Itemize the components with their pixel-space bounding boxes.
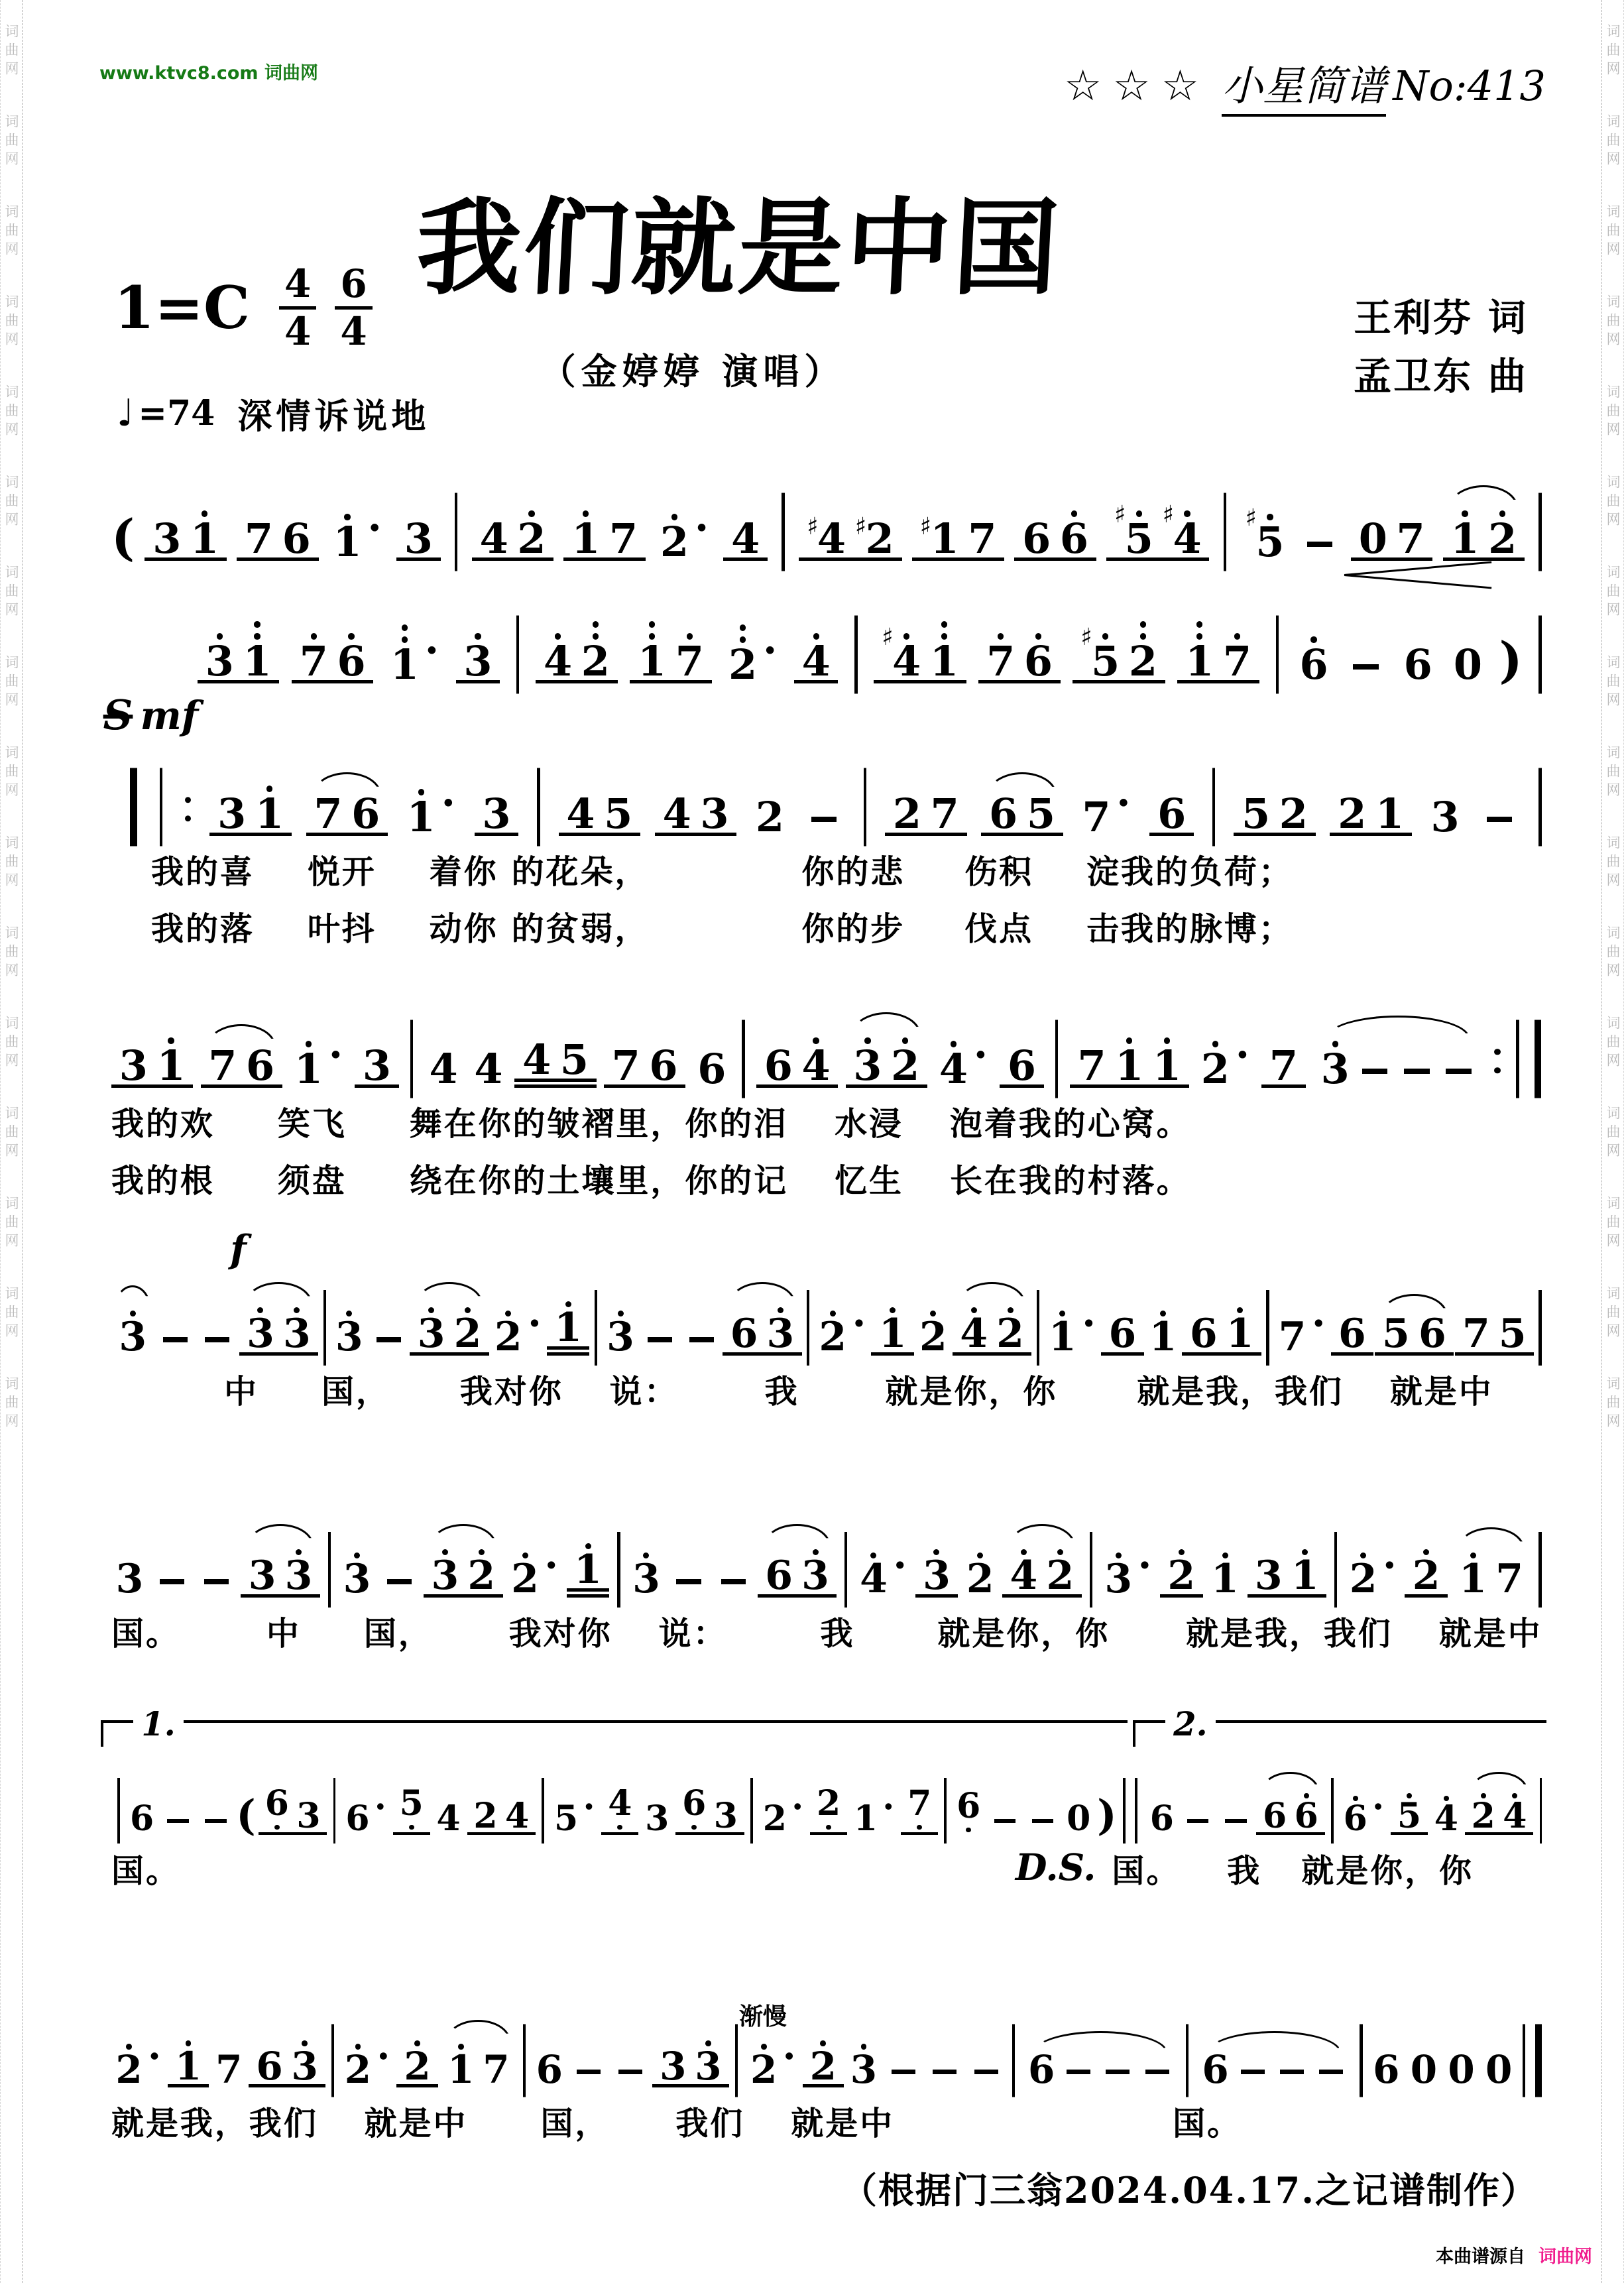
note: 3 xyxy=(801,1546,829,1594)
note: 1 xyxy=(879,1304,907,1352)
note-stack: 4 xyxy=(1434,1793,1458,1835)
time-signature-2: 64 xyxy=(335,264,372,352)
note-digit: 7 xyxy=(314,795,342,833)
note: 6 xyxy=(1190,1316,1218,1352)
note-digit: 3 xyxy=(247,1316,274,1352)
note-stack: 2 xyxy=(819,1307,846,1356)
note-stack: 4 xyxy=(437,1803,461,1835)
note-digit: 0 xyxy=(1448,2052,1474,2087)
note: 6 xyxy=(265,1788,289,1832)
note-stack: 1 xyxy=(854,1803,878,1835)
barline xyxy=(323,1290,326,1366)
barline xyxy=(331,2024,334,2097)
note-group: 4 xyxy=(723,520,768,561)
note-stack: 7 xyxy=(314,795,342,833)
note-group: 12 xyxy=(1443,508,1525,561)
note-group: 1 xyxy=(547,1298,590,1356)
dynamic-f: f xyxy=(230,1227,247,1271)
note-stack: 7 xyxy=(1279,1319,1306,1356)
dash-rest xyxy=(1307,542,1332,547)
note-digit: 1 xyxy=(854,1803,878,1835)
note-digit: 2 xyxy=(1279,795,1308,833)
note: 6 xyxy=(337,630,366,680)
note-digit: 3 xyxy=(418,1316,445,1352)
note-digit: 6 xyxy=(1344,1803,1367,1835)
note-stack: 3 xyxy=(695,2038,721,2084)
note: 6 xyxy=(764,1047,793,1084)
barline xyxy=(410,1020,413,1098)
note-digit: 1 xyxy=(333,523,362,561)
augmentation-dot: · xyxy=(882,1787,894,1828)
note-stack: 6 xyxy=(256,2049,282,2084)
note: 2· xyxy=(1350,1549,1397,1598)
lyric-segment: 须盘 xyxy=(278,1155,347,1202)
augmentation-dot: · xyxy=(974,1030,988,1079)
note: 6 xyxy=(1338,1316,1366,1352)
note-group: 3 xyxy=(355,1047,399,1088)
note-group: 31 xyxy=(209,783,291,836)
note: 2· xyxy=(819,1307,866,1356)
note-stack: 2 xyxy=(473,1800,497,1832)
note: 4 xyxy=(437,1803,461,1835)
note-group: ♯5♯4 xyxy=(1106,508,1209,561)
barline xyxy=(1535,2024,1542,2097)
lyric-segment: 伐点 xyxy=(964,904,1033,950)
note-group: 5 xyxy=(1391,1790,1428,1835)
note-digit: 1 xyxy=(1149,1319,1177,1356)
note-stack: 2 xyxy=(115,2041,142,2087)
barline xyxy=(1538,768,1541,847)
note: 0 xyxy=(1359,520,1387,557)
note: 7 xyxy=(675,630,704,680)
note-stack: 7 xyxy=(907,1788,931,1832)
barline xyxy=(1037,1290,1039,1366)
barline xyxy=(328,1532,331,1608)
note-digit: 3 xyxy=(801,1558,829,1594)
note-digit: 3 xyxy=(217,795,246,833)
note-group: 17 xyxy=(630,618,711,683)
note-digit: 0 xyxy=(1485,2052,1512,2087)
note: 6 xyxy=(1108,1316,1136,1352)
note-digit: 2 xyxy=(494,1319,522,1356)
note: 2 xyxy=(467,1546,495,1594)
note-stack: 3 xyxy=(645,1803,669,1835)
note: 3 xyxy=(660,2049,686,2084)
note-digit: 4 xyxy=(1173,520,1202,557)
note-digit: 4 xyxy=(1503,1800,1527,1832)
note-digit: 1 xyxy=(1115,1047,1143,1084)
note-stack: 1 xyxy=(571,508,600,557)
note-digit: 6 xyxy=(1060,520,1088,557)
note-group: 33 xyxy=(652,2038,728,2087)
note: 7 xyxy=(1223,630,1251,680)
note-stack: 3 xyxy=(119,1047,148,1084)
watermark-text: 词曲网 xyxy=(1603,1106,1623,1161)
repeat-dots xyxy=(1494,1049,1500,1073)
note-digit: 0 xyxy=(1067,1803,1090,1835)
note-group: 6 xyxy=(1149,795,1194,836)
slur-arc xyxy=(416,1282,483,1304)
note-stack: 3 xyxy=(343,1549,371,1598)
note-digit: 2 xyxy=(819,1319,846,1356)
note-group: 3 xyxy=(475,795,519,836)
watermark-text: 词曲网 xyxy=(1,1106,21,1161)
lyric-segment: 中 xyxy=(224,1366,259,1413)
note-stack: 1 xyxy=(1211,1549,1239,1598)
note-digit: 6 xyxy=(1373,2052,1399,2087)
tempo-change: 渐慢 xyxy=(739,1998,787,2032)
note: 7 xyxy=(1495,1561,1523,1598)
note-stack: 7 xyxy=(1462,1316,1490,1352)
time-signatures: 44 64 xyxy=(279,264,373,352)
note: 0 xyxy=(1067,1803,1090,1835)
note-group: 76 xyxy=(201,1047,282,1088)
note-digit: 1 xyxy=(407,798,435,836)
note: ♯2 xyxy=(855,520,894,557)
note: 2· xyxy=(660,511,709,561)
note: 2 xyxy=(810,2038,837,2084)
note-stack: 4 xyxy=(802,1035,831,1084)
note: 1· xyxy=(333,511,382,561)
note: 2 xyxy=(1472,1790,1495,1832)
watermark-text: 词曲网 xyxy=(1,925,21,981)
note: 3 xyxy=(418,1304,445,1352)
note-group: 2 xyxy=(803,2038,844,2087)
note-group: 63 xyxy=(758,1546,837,1598)
note-digit: 6 xyxy=(1419,1316,1446,1352)
note: 6 xyxy=(1299,634,1328,683)
note: 1 xyxy=(571,508,600,557)
note-group: 7 xyxy=(1261,1047,1306,1088)
lyric-segment: 就是我，我们 xyxy=(1186,1608,1393,1655)
note-digit: 7 xyxy=(675,642,704,680)
note-group: 76 xyxy=(604,1047,685,1088)
note-stack: 5 xyxy=(1242,795,1270,833)
note: 6 xyxy=(1419,1316,1446,1352)
note: 6 xyxy=(1404,646,1432,683)
note-stack: 5 xyxy=(1027,795,1055,833)
note: 3 xyxy=(482,795,510,833)
lyric-segment: 就是我，我们 xyxy=(111,2098,318,2144)
watermark-text: 词曲网 xyxy=(1,655,21,711)
note-group: 64 xyxy=(756,1035,838,1088)
source-brand: 词曲网 xyxy=(1538,2247,1592,2267)
note-stack: 2 xyxy=(404,2038,430,2084)
note-stack: 4 xyxy=(817,520,846,557)
note-stack: 3 xyxy=(285,1546,313,1594)
note: 1· xyxy=(407,786,455,836)
note-digit: 5 xyxy=(1382,1316,1410,1352)
note-digit: 3 xyxy=(1321,1050,1350,1088)
source-prefix: 本曲谱源自 xyxy=(1436,2247,1525,2267)
octave-dot-above xyxy=(941,621,947,627)
note-stack: 4 xyxy=(608,1788,632,1832)
note-stack: 7 xyxy=(612,1047,640,1084)
note-digit: 6 xyxy=(1008,1047,1036,1084)
note-digit: 2 xyxy=(581,642,610,680)
watermark-text: 词曲网 xyxy=(1603,475,1623,530)
barline xyxy=(333,1778,336,1844)
note-stack: 2 xyxy=(756,798,784,836)
slur-arc xyxy=(852,1012,921,1035)
augmentation-dot: · xyxy=(695,503,709,552)
note-digit: 6 xyxy=(1150,1803,1174,1835)
note: 0 xyxy=(1485,2052,1512,2087)
note-stack: 3 xyxy=(291,2038,318,2084)
note-digit: 3 xyxy=(119,1319,146,1356)
note-stack: 3 xyxy=(247,1304,274,1352)
note-digit: 7 xyxy=(1279,1319,1306,1356)
note-stack: 2 xyxy=(1338,795,1366,833)
site-link[interactable]: www.ktvc8.com 词曲网 xyxy=(99,58,318,84)
note-digit: 4 xyxy=(817,520,846,557)
note-digit: 1 xyxy=(243,642,272,680)
note-digit: 5 xyxy=(1242,795,1270,833)
note: 4 xyxy=(960,1304,988,1352)
note-stack: 2 xyxy=(1279,795,1308,833)
barline xyxy=(1535,1020,1542,1098)
note-digit: 5 xyxy=(604,795,632,833)
note-group: 33 xyxy=(241,1546,319,1598)
augmentation-dot: · xyxy=(1236,1030,1250,1079)
note-digit: 1 xyxy=(1450,520,1479,557)
note: 2· xyxy=(494,1307,542,1356)
note: 7· xyxy=(1082,788,1130,836)
octave-dot-above xyxy=(402,624,408,630)
lyricist: 王利芬 词 xyxy=(1354,289,1528,347)
note-digit: 2 xyxy=(345,2052,371,2087)
lyric-segment: 国， xyxy=(364,1608,433,1655)
note-digit: 3 xyxy=(695,2049,721,2084)
note: 6 xyxy=(351,795,380,833)
note-stack: 6 xyxy=(730,1316,758,1352)
note-stack: 1 xyxy=(1375,795,1404,833)
watermark-text: 词曲网 xyxy=(1603,655,1623,711)
note: 6 xyxy=(1008,1047,1036,1084)
note-digit: 3 xyxy=(285,1558,313,1594)
note-digit: 7 xyxy=(612,1047,640,1084)
note-stack: 1 xyxy=(1149,1307,1177,1356)
note: 2 xyxy=(581,618,610,680)
note-group: 3 xyxy=(1313,1038,1483,1088)
note-group: 66 xyxy=(1014,508,1096,561)
note: 6 xyxy=(730,1316,758,1352)
note-stack: 5 xyxy=(1091,630,1120,680)
segno-icon: S xyxy=(103,691,133,739)
lyrics-row: 我的根须盘绕在你的土壤里，你的记忆生长在我的村落。 xyxy=(111,1155,1546,1202)
note-stack: 0 xyxy=(1067,1803,1090,1835)
lyric-segment: 悦开 xyxy=(308,847,377,893)
note-digit: 2 xyxy=(1338,795,1366,833)
note-digit: 3 xyxy=(363,1047,391,1084)
note: 1 xyxy=(1149,1307,1177,1356)
note-group: 24 xyxy=(467,1800,536,1835)
note-group: 1 xyxy=(871,1304,914,1356)
note-digit: 6 xyxy=(337,642,366,680)
note-stack: 3 xyxy=(1104,1549,1132,1598)
note-digit: 4 xyxy=(1010,1558,1038,1594)
dash-rest xyxy=(618,2070,642,2075)
watermark-text: 词曲网 xyxy=(1603,1376,1623,1432)
octave-dot-below xyxy=(617,1825,622,1830)
note-digit: 1 xyxy=(930,642,958,680)
note-stack: 3 xyxy=(1255,1558,1283,1594)
note-group: 6 xyxy=(1021,2052,1180,2087)
note-stack: 5 xyxy=(1125,508,1153,557)
lyric-segment: 说： xyxy=(659,1608,728,1655)
note-digit: 6 xyxy=(649,1047,677,1084)
music-notation-row: 31761·342172·4♯4176♯5217660) xyxy=(198,560,1546,683)
note-digit: 7 xyxy=(245,520,273,557)
note: 6 xyxy=(246,1047,274,1084)
note: 2· xyxy=(511,1549,558,1598)
note-digit: 1 xyxy=(554,1310,582,1346)
note: 7 xyxy=(1077,1047,1106,1084)
note: 1 xyxy=(1115,1035,1143,1084)
note-digit: 7 xyxy=(1082,798,1110,836)
note-stack: 6 xyxy=(697,1050,726,1088)
note-digit: 3 xyxy=(404,520,433,557)
sharp-icon: ♯ xyxy=(855,512,866,540)
note: 4 xyxy=(731,520,760,557)
note: ♯5 xyxy=(1080,630,1120,680)
dash-rest xyxy=(1353,664,1378,670)
note-digit: 3 xyxy=(482,795,510,833)
note-group: 76 xyxy=(978,630,1060,683)
lyric-segment: 舞在你的皱褶里，你的泪 xyxy=(410,1098,788,1145)
note: 3 xyxy=(217,795,246,833)
lyric-segment: 就是中 xyxy=(791,2098,894,2144)
note: 4 xyxy=(1434,1793,1458,1835)
meter-denominator: 4 xyxy=(279,310,316,352)
note-stack: 4 xyxy=(892,630,921,680)
note-stack: 6 xyxy=(649,1047,677,1084)
note-group: 63 xyxy=(675,1788,744,1835)
note: 1 xyxy=(1211,1549,1239,1598)
lyric-segment: 笑飞 xyxy=(278,1098,347,1145)
note-stack: 4 xyxy=(480,520,508,557)
note: 3 xyxy=(363,1047,391,1084)
score-line-2: 31761·342172·4♯4176♯5217660) xyxy=(111,560,1546,683)
note-digit: 5 xyxy=(1499,1316,1527,1352)
key-label: 1=C xyxy=(114,273,250,342)
slur-arc xyxy=(1458,1527,1524,1549)
barline xyxy=(1540,1778,1542,1844)
note: 4 xyxy=(522,1041,551,1079)
note: 2· xyxy=(1201,1038,1249,1088)
note: 7 xyxy=(208,1047,237,1084)
note: 6 xyxy=(1263,1800,1287,1832)
lyric-segment: 我 xyxy=(1227,1845,1261,1892)
watermark-text: 词曲网 xyxy=(1,565,21,620)
lyric-segment: 我 xyxy=(765,1366,799,1413)
note-group: 2 xyxy=(1160,1546,1203,1598)
watermark-text: 词曲网 xyxy=(1603,294,1623,350)
note-group: 1 xyxy=(567,1540,610,1598)
note-digit: 2 xyxy=(891,1047,919,1084)
note: 2 xyxy=(817,1788,841,1832)
augmentation-dot: · xyxy=(893,1543,907,1589)
note-stack: 3 xyxy=(152,520,181,557)
note: 2 xyxy=(966,1549,994,1598)
note: 3 xyxy=(645,1803,669,1835)
note-group: 32 xyxy=(846,1035,927,1088)
note-digit: 3 xyxy=(335,1319,363,1356)
note-group: 17 xyxy=(1452,1549,1531,1598)
dash-rest xyxy=(648,1337,672,1342)
dash-rest xyxy=(1032,1819,1053,1824)
lyric-segment: 长在我的村落。 xyxy=(950,1155,1191,1202)
note-digit: 5 xyxy=(560,1041,589,1079)
note-digit: 7 xyxy=(483,2052,509,2087)
note-digit: 7 xyxy=(1396,520,1424,557)
note-stack: 2 xyxy=(891,1035,919,1084)
lyric-segment: 我的落 xyxy=(151,904,255,950)
note-stack: 6 xyxy=(1060,508,1088,557)
note-stack: 6 xyxy=(1404,646,1432,683)
lyric-segment: 绕在你的土壤里，你的记 xyxy=(410,1155,788,1202)
note-digit: 2 xyxy=(1350,1561,1377,1598)
lyrics-row: 中国，我对你说：我就是你，你就是我，我们就是中 xyxy=(111,1366,1546,1413)
note-digit: 3 xyxy=(700,795,728,833)
note: 7 xyxy=(245,520,273,557)
note: 1 xyxy=(1226,1304,1254,1352)
note-stack: 2 xyxy=(1350,1549,1377,1598)
note-digit: 6 xyxy=(351,795,380,833)
note-stack: 4 xyxy=(429,1050,457,1088)
note-stack: 2 xyxy=(454,1304,482,1352)
dash-rest xyxy=(1446,1069,1471,1074)
note-stack: 1 xyxy=(1115,1035,1143,1084)
note: 6 xyxy=(1295,1790,1318,1832)
note-stack: 7 xyxy=(1082,798,1110,836)
source-note: 本曲谱源自词曲网 xyxy=(1436,2242,1592,2268)
note-group: 32 xyxy=(410,1304,489,1356)
dash-rest xyxy=(1404,1069,1429,1074)
note-digit: 2 xyxy=(1046,1558,1074,1594)
note-digit: 6 xyxy=(765,1558,793,1594)
note: 4 xyxy=(663,795,691,833)
note: 6 xyxy=(1373,2052,1399,2087)
barline xyxy=(1523,2024,1525,2097)
note-stack: 1 xyxy=(447,2041,474,2087)
note-stack: 6 xyxy=(246,1047,274,1084)
note-stack: 5 xyxy=(560,1041,589,1079)
note-stack: 1 xyxy=(554,1298,582,1346)
note-digit: 3 xyxy=(205,642,234,680)
note-digit: 0 xyxy=(1411,2052,1437,2087)
note: 7 xyxy=(968,520,996,557)
note-stack: 3 xyxy=(850,2041,877,2087)
parenthesis: ) xyxy=(1097,1794,1117,1836)
octave-dot-below xyxy=(274,1825,280,1830)
note-digit: 1 xyxy=(294,1050,323,1088)
score-line-4: 31761·3444576664324·67112·73我的欢笑飞舞在你的皱褶里… xyxy=(111,965,1546,1202)
score-line-6: 3333322·13634·32423·21312·217国。中国，我对你说：我… xyxy=(111,1478,1546,1655)
note: 1 xyxy=(1459,1549,1487,1598)
watermark-text: 词曲网 xyxy=(1603,114,1623,170)
note: 6 xyxy=(1202,2052,1228,2087)
note: 2 xyxy=(1046,1546,1074,1594)
note-stack: 6 xyxy=(351,795,380,833)
note-stack: 6 xyxy=(130,1803,154,1835)
note-digit: 1 xyxy=(638,642,666,680)
note-digit: 6 xyxy=(1022,520,1051,557)
note-stack: 1 xyxy=(294,1038,323,1088)
note-group: 1 xyxy=(168,2038,209,2087)
note-stack: 2 xyxy=(345,2041,371,2087)
note: 2 xyxy=(1413,1546,1440,1594)
